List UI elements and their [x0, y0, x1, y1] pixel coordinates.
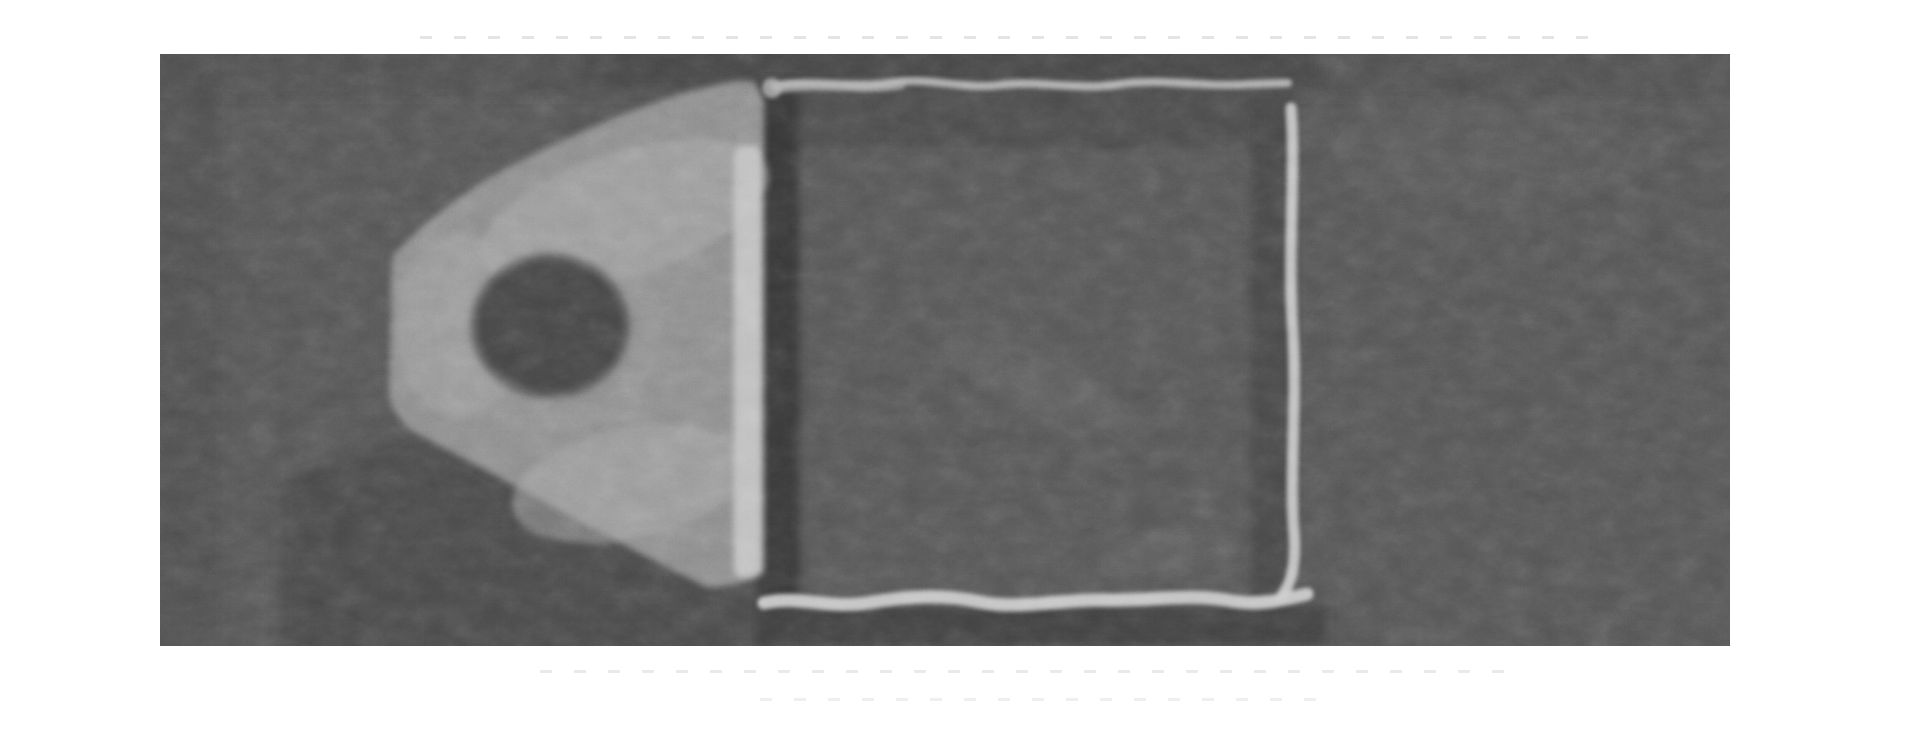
scan-artifact-dashes: [760, 698, 1320, 701]
scan-artifact-dashes: [420, 36, 1600, 39]
photo-canvas: [160, 54, 1730, 646]
photo-figure: [160, 54, 1730, 646]
scan-artifact-dashes: [540, 670, 1520, 673]
page-background: [0, 0, 1920, 734]
film-grain-overlay: [160, 54, 1730, 646]
